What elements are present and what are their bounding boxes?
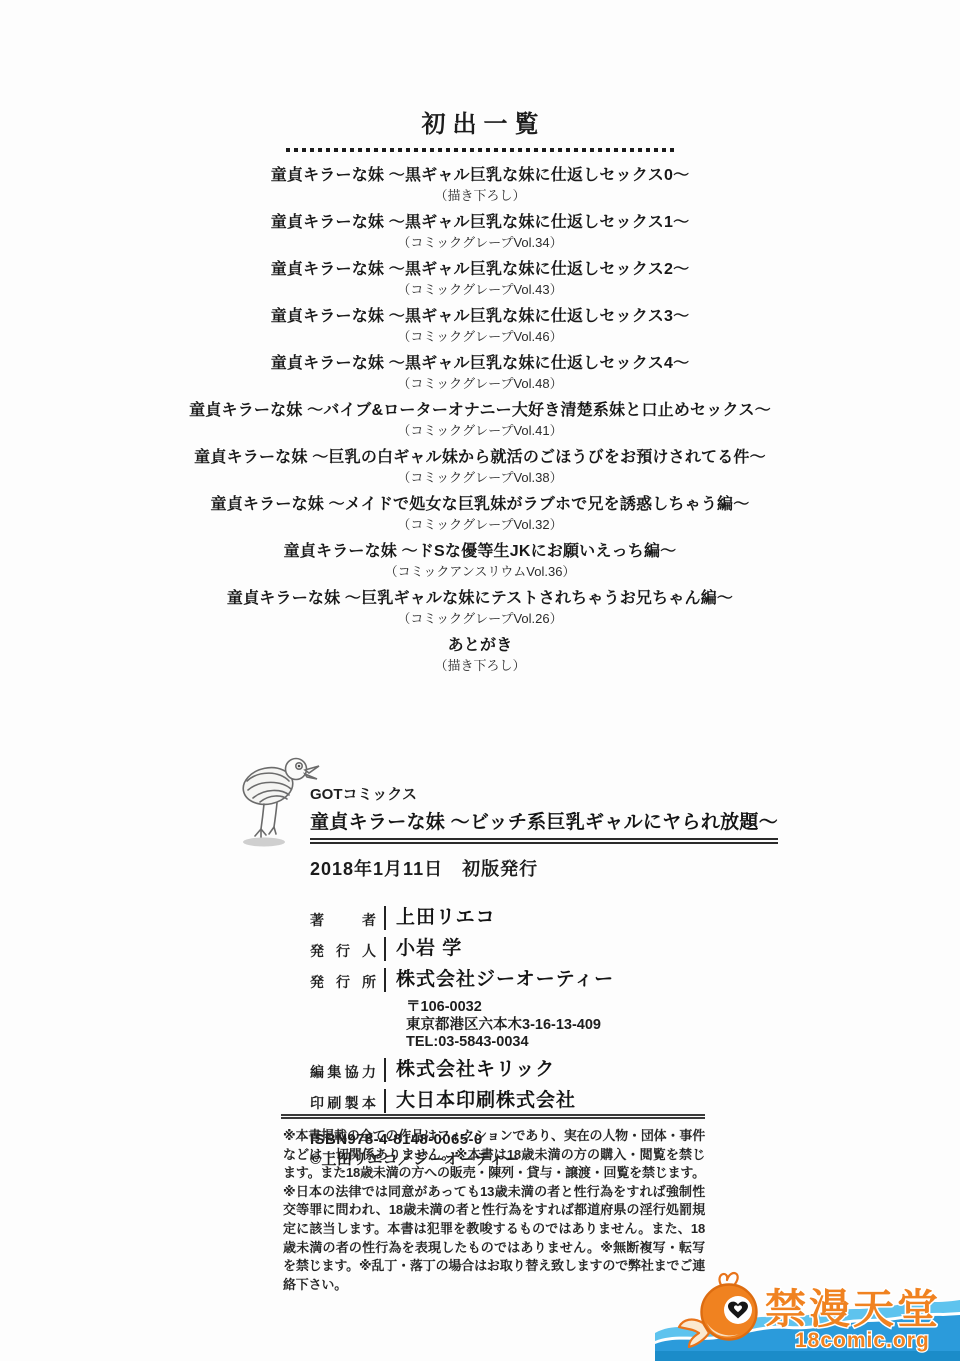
- work-entry: 童貞キラーな妹 ～黒ギャル巨乳な妹に仕返しセックス2～ （コミックグレープVol…: [0, 259, 960, 298]
- work-source: （コミックグレープVol.41）: [0, 422, 960, 439]
- work-title: 童貞キラーな妹 ～巨乳ギャルな妹にテストされちゃうお兄ちゃん編～: [0, 588, 960, 609]
- wave-deep: [655, 1351, 960, 1361]
- work-entry: 童貞キラーな妹 ～メイドで処女な巨乳妹がラブホで兄を誘惑しちゃう編～ （コミック…: [0, 494, 960, 533]
- postal-code: 〒106-0032: [406, 999, 790, 1016]
- work-source: （コミックグレープVol.43）: [0, 281, 960, 298]
- credit-value: 上田リエコ: [396, 906, 496, 930]
- work-entry: 童貞キラーな妹 ～黒ギャル巨乳な妹に仕返しセックス3～ （コミックグレープVol…: [0, 306, 960, 345]
- work-title: 童貞キラーな妹 ～黒ギャル巨乳な妹に仕返しセックス2～: [0, 259, 960, 280]
- work-entry: 童貞キラーな妹 ～ドSな優等生JKにお願いえっち編～ （コミックアンスリウムVo…: [0, 541, 960, 580]
- credit-label: 発行人: [310, 937, 376, 961]
- work-title: あとがき: [0, 635, 960, 656]
- work-source: （コミックアンスリウムVol.36）: [0, 563, 960, 580]
- credit-value: 株式会社キリック: [396, 1058, 555, 1082]
- work-title: 童貞キラーな妹 ～メイドで処女な巨乳妹がラブホで兄を誘惑しちゃう編～: [0, 494, 960, 515]
- legal-disclaimer: ※本書掲載の全ての作品はフィクションであり、実在の人物・団体・事件などは一切関係…: [283, 1127, 705, 1294]
- credit-row-publisher: 発行所 株式会社ジーオーティー: [310, 968, 790, 992]
- credit-row-publisher-person: 発行人 小岩 学: [310, 937, 790, 961]
- credit-label: 発行所: [310, 968, 376, 992]
- credit-value: 株式会社ジーオーティー: [396, 968, 614, 992]
- first-publication-list: 初出一覧 童貞キラーな妹 ～黒ギャル巨乳な妹に仕返しセックス0～ （描き下ろし）…: [0, 104, 960, 682]
- credit-divider: [384, 1058, 386, 1082]
- work-source: （コミックグレープVol.26）: [0, 610, 960, 627]
- work-source: （コミックグレープVol.32）: [0, 516, 960, 533]
- credit-divider: [384, 1089, 386, 1113]
- address-line: 東京都港区六本木3-16-13-409: [406, 1017, 790, 1034]
- work-title: 童貞キラーな妹 ～黒ギャル巨乳な妹に仕返しセックス1～: [0, 212, 960, 233]
- credit-label: 編集協力: [310, 1058, 376, 1082]
- work-title: 童貞キラーな妹 ～黒ギャル巨乳な妹に仕返しセックス0～: [0, 165, 960, 186]
- work-entry: 童貞キラーな妹 ～巨乳ギャルな妹にテストされちゃうお兄ちゃん編～ （コミックグレ…: [0, 588, 960, 627]
- credit-row-editing: 編集協力 株式会社キリック: [310, 1058, 790, 1082]
- work-source: （描き下ろし）: [0, 187, 960, 204]
- publisher-address: 〒106-0032 東京都港区六本木3-16-13-409 TEL:03-584…: [406, 999, 790, 1051]
- work-title: 童貞キラーな妹 ～黒ギャル巨乳な妹に仕返しセックス4～: [0, 353, 960, 374]
- work-title: 童貞キラーな妹 ～黒ギャル巨乳な妹に仕返しセックス3～: [0, 306, 960, 327]
- watermark-logo: 禁漫天堂 18comic.org: [655, 1271, 960, 1361]
- credit-divider: [384, 937, 386, 961]
- imprint-block: GOTコミックス 童貞キラーな妹 ～ビッチ系巨乳ギャルにヤられ放題～ 2018年…: [310, 783, 790, 1170]
- work-entry: あとがき （描き下ろし）: [0, 635, 960, 674]
- book-title: 童貞キラーな妹 ～ビッチ系巨乳ギャルにヤられ放題～: [310, 807, 778, 840]
- imprint-label: GOTコミックス: [310, 783, 790, 804]
- work-source: （コミックグレープVol.38）: [0, 469, 960, 486]
- credit-label: 著者: [310, 906, 376, 930]
- credit-label: 印刷製本: [310, 1089, 376, 1113]
- work-entry: 童貞キラーな妹 ～バイブ&ローターオナニー大好き清楚系妹と口止めセックス～ （コ…: [0, 400, 960, 439]
- page-title: 初出一覧: [0, 104, 960, 139]
- work-entry: 童貞キラーな妹 ～黒ギャル巨乳な妹に仕返しセックス4～ （コミックグレープVol…: [0, 353, 960, 392]
- credit-row-printing: 印刷製本 大日本印刷株式会社: [310, 1089, 790, 1113]
- work-source: （描き下ろし）: [0, 657, 960, 674]
- work-entry: 童貞キラーな妹 ～黒ギャル巨乳な妹に仕返しセックス1～ （コミックグレープVol…: [0, 212, 960, 251]
- credit-divider: [384, 906, 386, 930]
- watermark-site-url: 18comic.org: [795, 1329, 930, 1352]
- work-source: （コミックグレープVol.34）: [0, 234, 960, 251]
- work-entry: 童貞キラーな妹 ～黒ギャル巨乳な妹に仕返しセックス0～ （描き下ろし）: [0, 165, 960, 204]
- edition-date: 2018年1月11日 初版発行: [310, 855, 790, 881]
- double-rule-divider: [281, 1114, 705, 1119]
- credit-row-author: 著者 上田リエコ: [310, 906, 790, 930]
- work-title: 童貞キラーな妹 ～ドSな優等生JKにお願いえっち編～: [0, 541, 960, 562]
- dotted-divider: [286, 148, 674, 152]
- colophon-page: 初出一覧 童貞キラーな妹 ～黒ギャル巨乳な妹に仕返しセックス0～ （描き下ろし）…: [0, 0, 960, 1361]
- work-entry: 童貞キラーな妹 ～巨乳の白ギャル妹から就活のごほうびをお預けされてる件～ （コミ…: [0, 447, 960, 486]
- phone-line: TEL:03-5843-0034: [406, 1034, 790, 1051]
- credits-table: 著者 上田リエコ 発行人 小岩 学 発行所 株式会社ジーオーティー 〒106-0…: [310, 906, 790, 1113]
- credit-divider: [384, 968, 386, 992]
- watermark-site-name: 禁漫天堂: [765, 1286, 941, 1332]
- work-source: （コミックグレープVol.48）: [0, 375, 960, 392]
- credit-value: 大日本印刷株式会社: [396, 1089, 576, 1113]
- work-title: 童貞キラーな妹 ～バイブ&ローターオナニー大好き清楚系妹と口止めセックス～: [0, 400, 960, 421]
- work-title: 童貞キラーな妹 ～巨乳の白ギャル妹から就活のごほうびをお預けされてる件～: [0, 447, 960, 468]
- work-source: （コミックグレープVol.46）: [0, 328, 960, 345]
- credit-value: 小岩 学: [396, 937, 462, 961]
